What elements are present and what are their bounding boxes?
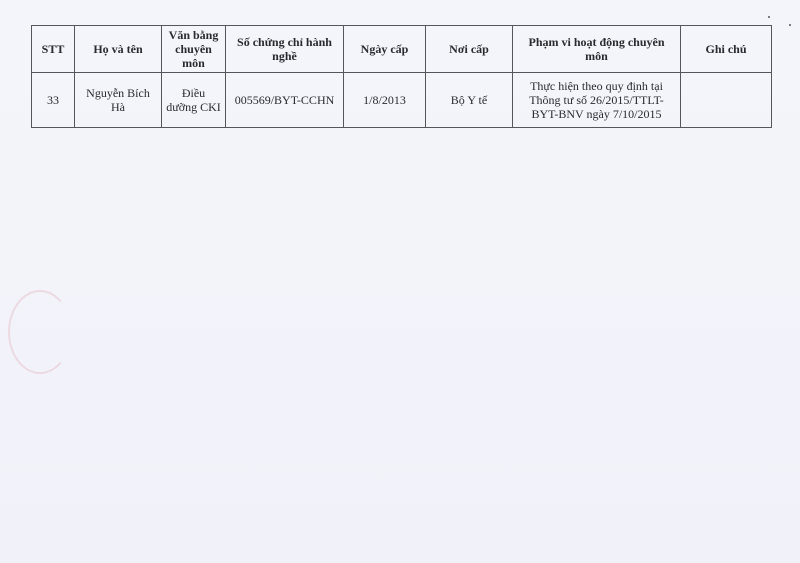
document-page: STT Họ và tên Văn bằng chuyên môn Số chứ… <box>0 0 800 563</box>
cell-certificate-no: 005569/BYT-CCHN <box>226 73 344 128</box>
header-full-name: Họ và tên <box>75 26 162 73</box>
scan-speck <box>768 16 770 18</box>
header-note: Ghi chú <box>681 26 772 73</box>
cell-issued-by: Bộ Y tế <box>426 73 513 128</box>
staff-license-table: STT Họ và tên Văn bằng chuyên môn Số chứ… <box>31 25 772 128</box>
cell-stt: 33 <box>32 73 75 128</box>
cell-note <box>681 73 772 128</box>
cell-scope: Thực hiện theo quy định tại Thông tư số … <box>513 73 681 128</box>
header-issue-date: Ngày cấp <box>344 26 426 73</box>
scan-speck <box>789 24 791 26</box>
cell-degree: Điều dưỡng CKI <box>162 73 226 128</box>
header-certificate-no: Số chứng chỉ hành nghề <box>226 26 344 73</box>
header-stt: STT <box>32 26 75 73</box>
header-scope: Phạm vi hoạt động chuyên môn <box>513 26 681 73</box>
table-row: 33 Nguyễn Bích Hà Điều dưỡng CKI 005569/… <box>32 73 772 128</box>
faded-stamp-mark <box>8 290 72 374</box>
header-degree: Văn bằng chuyên môn <box>162 26 226 73</box>
cell-issue-date: 1/8/2013 <box>344 73 426 128</box>
header-issued-by: Nơi cấp <box>426 26 513 73</box>
cell-full-name: Nguyễn Bích Hà <box>75 73 162 128</box>
table-header-row: STT Họ và tên Văn bằng chuyên môn Số chứ… <box>32 26 772 73</box>
